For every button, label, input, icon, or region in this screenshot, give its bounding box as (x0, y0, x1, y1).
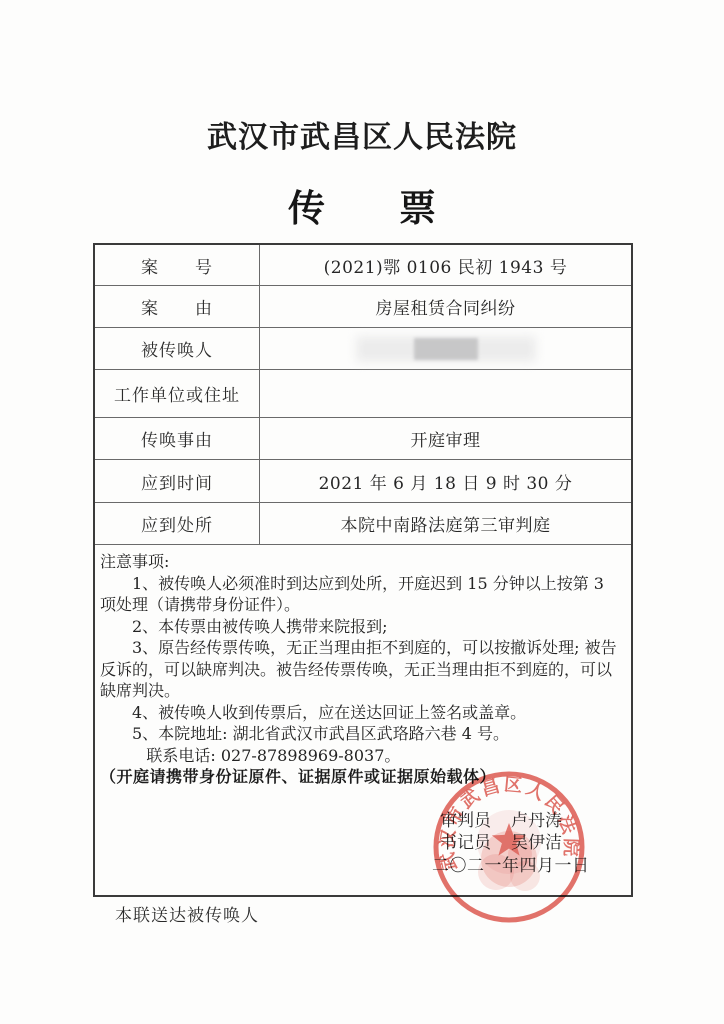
notes-heading: 注意事项: (100, 551, 624, 573)
appearance-time-label: 应到时间 (95, 460, 260, 502)
notes-item-3: 3、原告经传票传唤，无正当理由拒不到庭的，可以按撤诉处理; 被告反诉的，可以缺席… (100, 637, 624, 702)
notes-item-4: 4、被传唤人收到传票后，应在送达回证上签名或盖章。 (100, 702, 624, 724)
summoned-person-value (260, 328, 631, 369)
case-info-table: 案 号 (2021)鄂 0106 民初 1943 号 案 由 房屋租赁合同纠纷 … (93, 243, 633, 897)
document-title: 传 票 (0, 178, 724, 232)
clerk-signature-line: 书记员 吴伊洁 (432, 832, 612, 854)
table-row: 被传唤人 (95, 328, 631, 370)
summons-reason-value: 开庭审理 (260, 418, 631, 459)
appearance-time-value: 2021 年 6 月 18 日 9 时 30 分 (260, 460, 631, 502)
summoned-person-label: 被传唤人 (95, 328, 260, 369)
redacted-name-blur (356, 334, 536, 364)
case-number-value: (2021)鄂 0106 民初 1943 号 (260, 245, 631, 285)
table-row: 案 由 房屋租赁合同纠纷 (95, 286, 631, 328)
court-name-title: 武汉市武昌区人民法院 (0, 112, 724, 156)
cause-of-action-label: 案 由 (95, 286, 260, 327)
table-row: 应到时间 2021 年 6 月 18 日 9 时 30 分 (95, 460, 631, 503)
contact-phone-line: 联系电话: 027-87898969-8037。 (100, 745, 624, 767)
judge-signature-line: 审判员 卢丹涛 (432, 810, 612, 832)
issue-date: 二〇二一年四月一日 (432, 855, 612, 877)
table-row: 案 号 (2021)鄂 0106 民初 1943 号 (95, 245, 631, 286)
clerk-label: 书记员 (440, 832, 491, 854)
copy-destination-note: 本联送达被传唤人 (115, 901, 259, 926)
appearance-place-value: 本院中南路法庭第三审判庭 (260, 503, 631, 544)
redaction-core (414, 338, 478, 360)
clerk-name: 吴伊洁 (511, 832, 562, 854)
table-row: 传唤事由 开庭审理 (95, 418, 631, 460)
table-row: 工作单位或住址 (95, 370, 631, 418)
appearance-place-label: 应到处所 (95, 503, 260, 544)
notes-item-1: 1、被传唤人必须准时到达应到处所，开庭迟到 15 分钟以上按第 3 项处理（请携… (100, 573, 624, 616)
notes-item-5: 5、本院地址: 湖北省武汉市武昌区武珞路六巷 4 号。 (100, 723, 624, 745)
judge-label: 审判员 (440, 810, 491, 832)
summons-document-page: 武汉市武昌区人民法院 传 票 案 号 (2021)鄂 0106 民初 1943 … (0, 0, 724, 1024)
table-row: 应到处所 本院中南路法庭第三审判庭 (95, 503, 631, 545)
bring-documents-note: （开庭请携带身份证原件、证据原件或证据原始载体） (100, 766, 624, 788)
work-unit-address-value (260, 370, 631, 417)
cause-of-action-value: 房屋租赁合同纠纷 (260, 286, 631, 327)
judge-name: 卢丹涛 (511, 810, 562, 832)
work-unit-address-label: 工作单位或住址 (95, 370, 260, 417)
summons-reason-label: 传唤事由 (95, 418, 260, 459)
case-number-label: 案 号 (95, 245, 260, 285)
signature-block: 审判员 卢丹涛 书记员 吴伊洁 二〇二一年四月一日 (432, 810, 612, 877)
notes-item-2: 2、本传票由被传唤人携带来院报到; (100, 616, 624, 638)
